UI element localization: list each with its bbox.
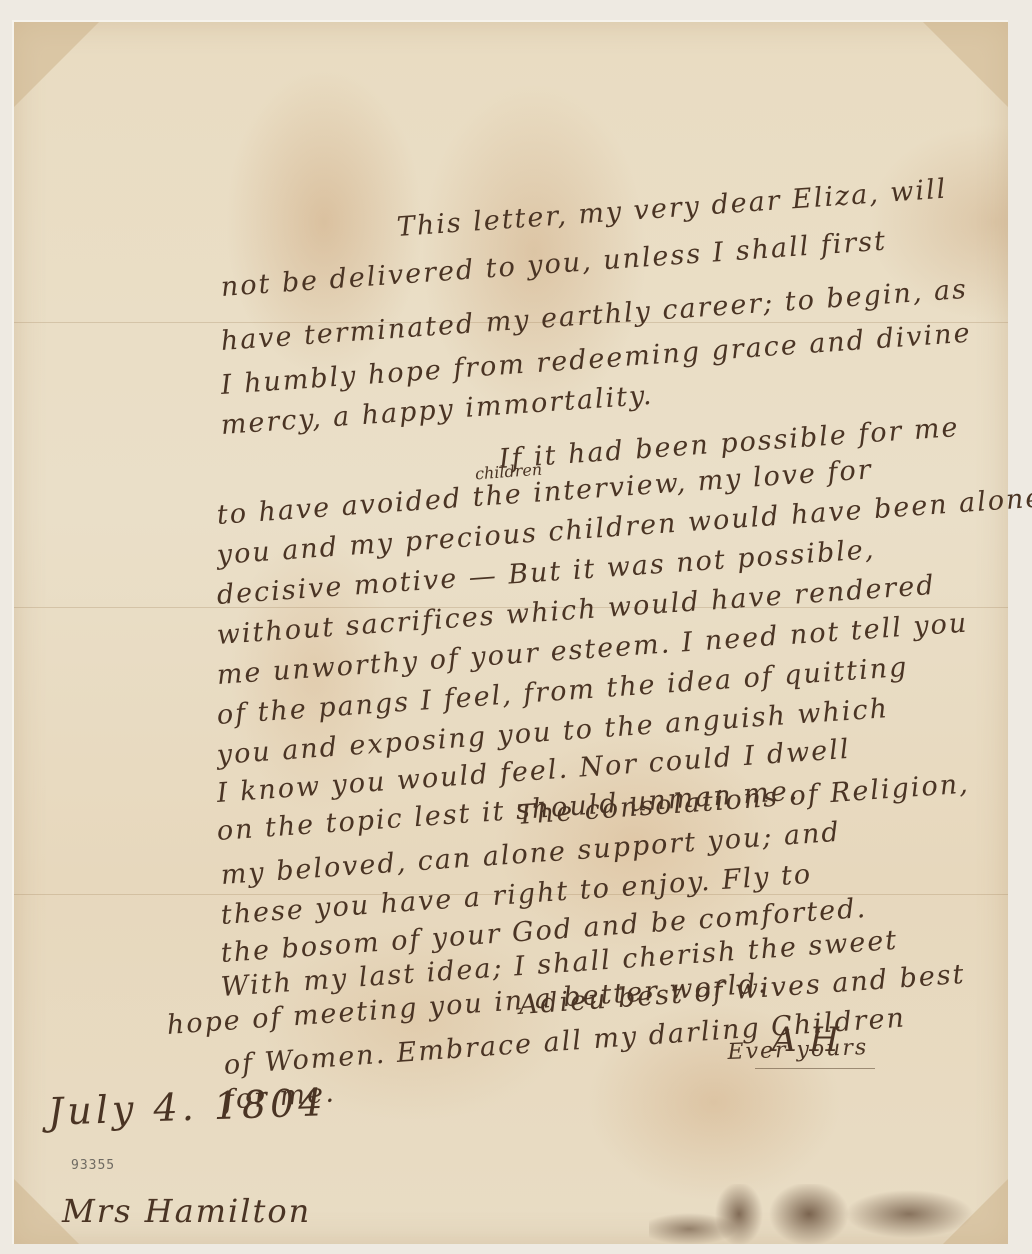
- recipient-address: Mrs Hamilton: [62, 1192, 311, 1230]
- photo-corner-top-right: [923, 22, 1008, 107]
- signature-rule: [755, 1068, 875, 1069]
- water-stain: [649, 1184, 999, 1244]
- catalog-number: 93355: [71, 1158, 115, 1173]
- photo-corner-top-left: [14, 22, 99, 107]
- signature: A H: [772, 1020, 840, 1060]
